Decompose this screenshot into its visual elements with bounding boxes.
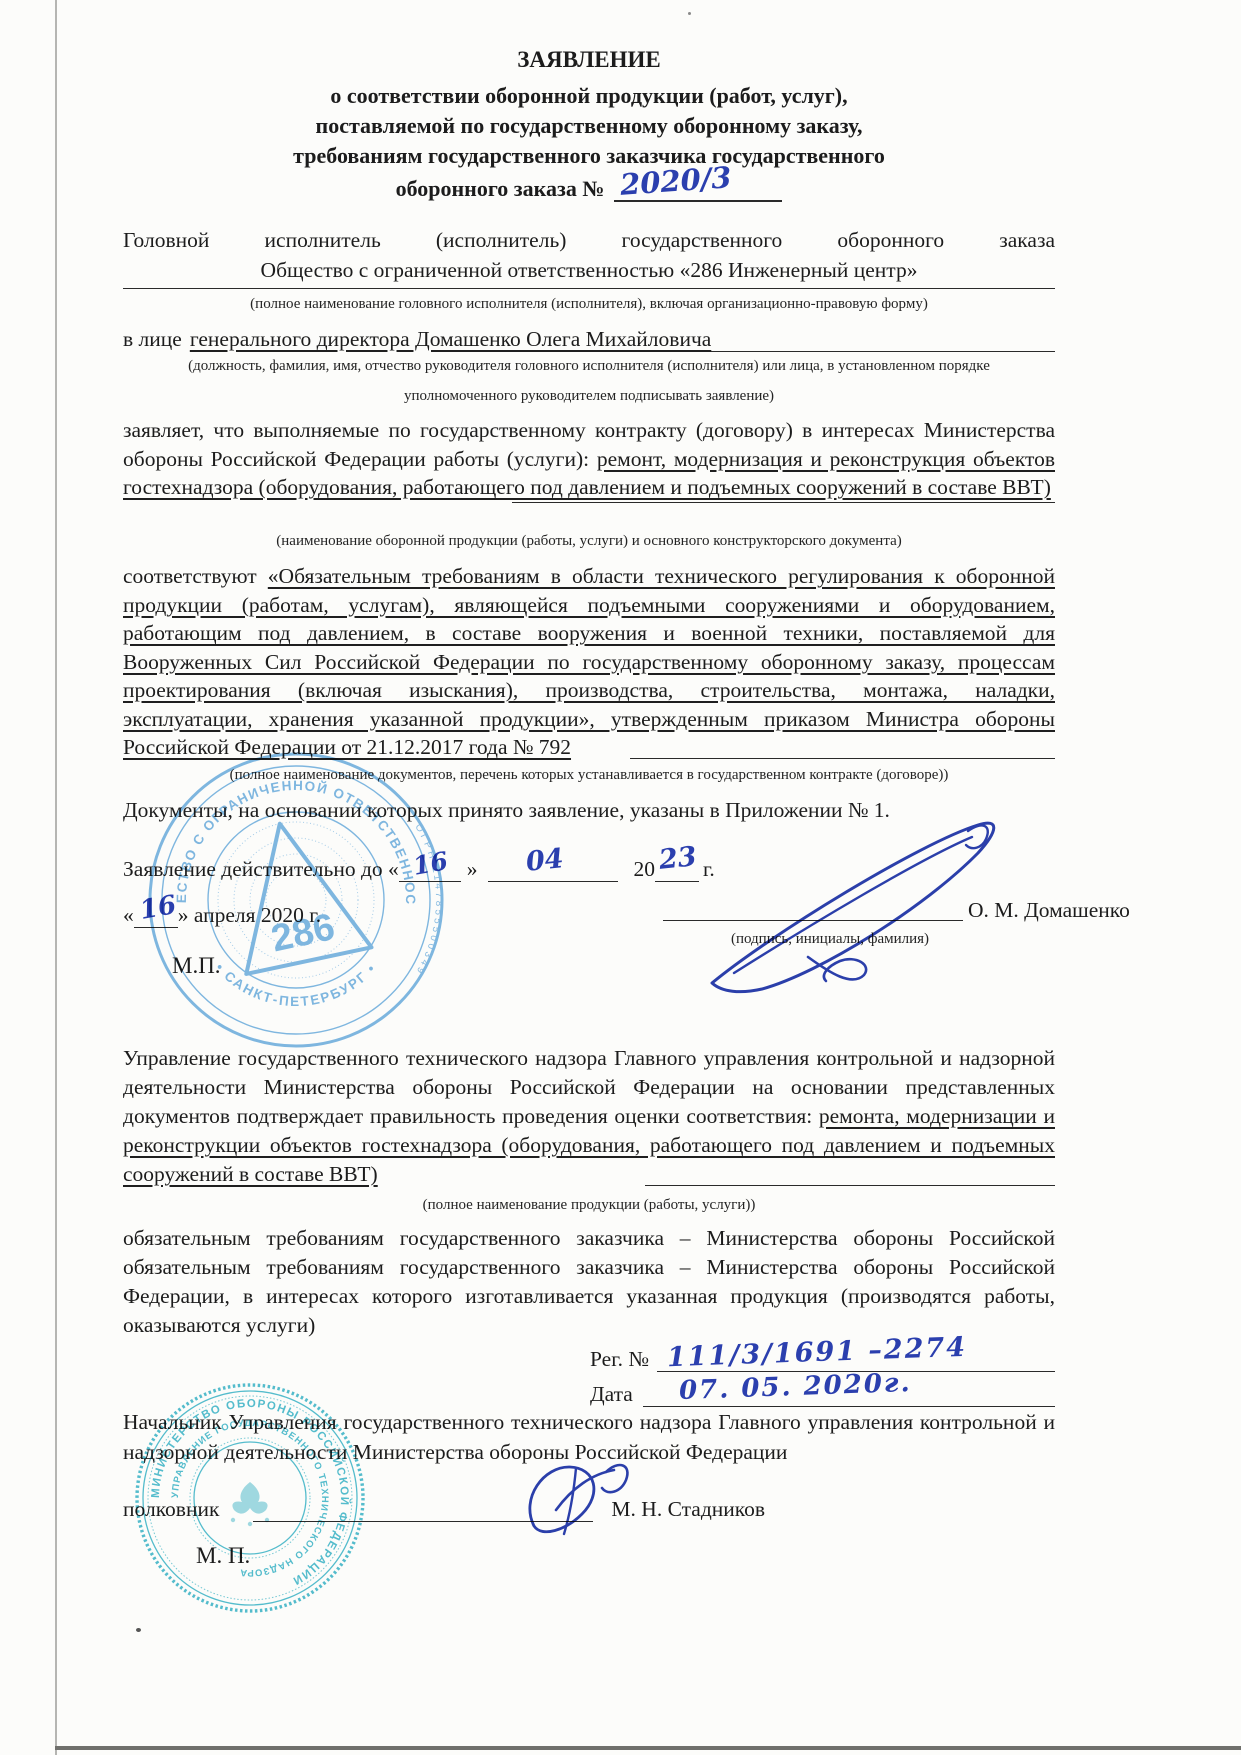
signing-day-handwritten: 16 xyxy=(137,890,178,926)
in-person-note-2: уполномоченного руководителем подписыват… xyxy=(123,387,1055,406)
order-number-blank: 2020/3 xyxy=(614,170,782,202)
scanned-declaration-page: ЗАЯВЛЕНИЕ о соответствии оборонной проду… xyxy=(0,0,1241,1755)
declaration-p2-normal: соответствуют xyxy=(123,564,268,588)
svg-text:ОГРН 1147855500349: ОГРН 1147855500349 xyxy=(412,822,444,978)
validity-day-handwritten: 16 xyxy=(411,846,450,881)
validity-year-blank: 23 xyxy=(655,853,699,882)
validity-year-handwritten: 23 xyxy=(658,841,699,876)
company-stamp-ogrn-text: ОГРН 1147855500349 xyxy=(412,822,444,978)
order-number-row: оборонного заказа № 2020/3 xyxy=(123,168,1055,202)
declaration-paragraph-2: соответствуют «Обязательным требованиям … xyxy=(123,562,1055,762)
in-person-row: в лице генерального директора Домашенко … xyxy=(123,322,1055,352)
reg-date-label: Дата xyxy=(590,1382,633,1407)
in-person-label: в лице xyxy=(123,327,182,352)
p2-trailing-line xyxy=(630,758,1055,759)
p1-trailing-line xyxy=(512,502,1055,503)
in-person-note-1: (должность, фамилия, имя, отчество руков… xyxy=(123,357,1055,376)
chief-title-paragraph: Начальник Управления государственного те… xyxy=(123,1408,1055,1467)
order-number-handwritten: 2020/3 xyxy=(619,160,733,202)
chief-signature-line xyxy=(253,1497,593,1522)
svg-text:• САНКТ-ПЕТЕРБУРГ •: • САНКТ-ПЕТЕРБУРГ • xyxy=(213,960,380,1009)
signing-day-blank: 16 xyxy=(134,901,178,928)
validity-day-blank: 16 xyxy=(399,853,461,882)
signer-name: О. М. Домашенко xyxy=(968,896,1130,925)
in-person-value: генерального директора Домашенко Олега М… xyxy=(190,327,712,352)
doc-subtitle-3: требованиям государственного заказчика г… xyxy=(123,142,1055,171)
doc-subtitle-1: о соответствии оборонной продукции (рабо… xyxy=(123,82,1055,111)
validity-quote-close: » xyxy=(467,857,478,882)
executor-company-note: (полное наименование головного исполните… xyxy=(123,295,1055,314)
in-person-fill xyxy=(711,325,1055,352)
signing-date-rest: » апреля 2020 г. xyxy=(178,903,321,928)
speck-bottom xyxy=(136,1628,141,1632)
declaration-p2-underlined: «Обязательным требованиям в области техн… xyxy=(123,564,1055,759)
doc-subtitle-2: поставляемой по государственному оборонн… xyxy=(123,112,1055,141)
reg-date-blank: 07. 05. 2020г. xyxy=(643,1380,1055,1407)
declaration-p2-note: (полное наименование документов, перечен… xyxy=(123,766,1055,785)
doc-title: ЗАЯВЛЕНИЕ xyxy=(123,46,1055,75)
docs-basis-line: Документы, на основании которых принято … xyxy=(123,796,1055,825)
reg-number-row: Рег. № 111/3/1691 –2274 xyxy=(590,1342,1055,1372)
signature-line xyxy=(663,898,963,921)
signature-note: (подпись, инициалы, фамилия) xyxy=(700,930,960,949)
signing-open-quote: « xyxy=(123,903,134,928)
requirements-paragraph: обязательным требованиям государственног… xyxy=(123,1224,1055,1340)
reg-date-handwritten: 07. 05. 2020г. xyxy=(678,1368,912,1406)
approval-trailing-line xyxy=(645,1185,1055,1186)
seal-label-1: М.П. xyxy=(172,952,221,981)
rank-signature-row: полковник М. Н. Стадников xyxy=(123,1494,765,1522)
executor-company: Общество с ограниченной ответственностью… xyxy=(123,256,1055,289)
approval-paragraph: Управление государственного технического… xyxy=(123,1044,1055,1189)
company-stamp-ring-bottom-text: • САНКТ-ПЕТЕРБУРГ • xyxy=(213,960,380,1009)
speck-top xyxy=(688,12,691,15)
declaration-paragraph-1: заявляет, что выполняемые по государстве… xyxy=(123,416,1055,502)
validity-label: Заявление действительно до « xyxy=(123,857,399,882)
signing-date-row: « 16 » апреля 2020 г. xyxy=(123,898,321,928)
executor-intro: Головной исполнитель (исполнитель) госуд… xyxy=(123,226,1055,255)
reg-number-label: Рег. № xyxy=(590,1347,649,1372)
scan-edge-left xyxy=(55,0,57,1755)
validity-year-suffix: г. xyxy=(703,857,715,882)
rank-label: полковник xyxy=(123,1497,219,1522)
validity-year-prefix: 20 xyxy=(634,857,656,882)
validity-month-blank: 04 xyxy=(488,853,618,882)
declaration-p1-note: (наименование оборонной продукции (работ… xyxy=(123,532,1055,551)
scan-edge-bottom xyxy=(55,1746,1241,1750)
seal-label-2: М. П. xyxy=(196,1542,250,1571)
company-stamp-triangle-logo: 286 xyxy=(217,810,371,974)
validity-row: Заявление действительно до « 16 » 04 20 … xyxy=(123,850,715,882)
chief-name: М. Н. Стадников xyxy=(611,1497,765,1522)
reg-date-row: Дата 07. 05. 2020г. xyxy=(590,1377,1055,1407)
reg-number-blank: 111/3/1691 –2274 xyxy=(657,1345,1055,1372)
approval-note: (полное наименование продукции (работы, … xyxy=(123,1196,1055,1215)
order-number-label: оборонного заказа № xyxy=(396,176,605,202)
validity-month-handwritten: 04 xyxy=(524,843,565,878)
